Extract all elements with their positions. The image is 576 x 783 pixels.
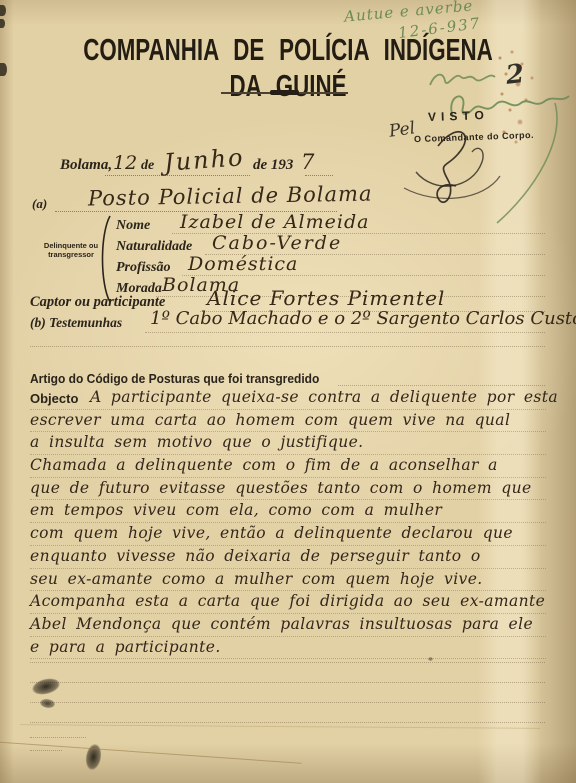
paper-crease [20,724,540,729]
ruled-line [30,346,545,347]
ruled-line [30,722,545,723]
line-a-value: Posto Policial de Bolama [88,182,373,211]
offence-heading-dotted-line [338,385,545,386]
ruled-line [30,662,545,663]
ruled-line-stub [30,737,86,738]
ink-speck [428,657,433,661]
dateline-dotted-line [105,175,250,176]
field-label-nome: Nome [116,218,150,234]
edge-artifact [0,5,6,16]
dateline-month: Junho [163,143,245,177]
paper-crease [0,741,302,764]
field-value-naturalidade: Cabo-Verde [212,232,342,254]
dateline-printed-year: de 193 [253,157,293,174]
ruled-line [30,702,545,703]
statement-line: em tempos viveu com ela, como com a mulh… [30,500,546,523]
statement-line: a insulta sem motivo que o justifique. [30,432,546,455]
offender-side-label-line2: transgressor [40,251,102,260]
offence-heading: Artigo do Código de Posturas que foi tra… [30,372,319,386]
edge-artifact [0,63,7,76]
ink-blot [39,698,55,709]
ink-blot [31,676,62,697]
ruled-line-stub [30,750,62,751]
witnesses-value: 1º Cabo Machado e o 2º Sargento Carlos C… [150,308,576,329]
witnesses-label: (b) Testemunhas [30,315,122,331]
field-label-naturalidade: Naturalidade [116,239,192,255]
offender-side-label: Delinquente ou transgressor [40,242,102,259]
statement-line: seu ex-amante como a mulher com quem hoj… [30,569,546,592]
field-value-nome: Izabel de Almeida [180,211,369,233]
statement-line: que de futuro evitasse questões tanto co… [30,478,546,501]
line-a-label: (a) [32,196,47,212]
handwritten-statement: A participante queixa-se contra a deliqu… [30,387,546,659]
brace [98,214,112,304]
ruled-line [30,682,545,683]
statement-line: Abel Mendonça que contém palavras insult… [30,614,546,637]
statement-line: e para a participante. [30,637,546,660]
dateline-year-digit: 7 [301,150,314,174]
statement-line: escrever uma carta ao homem com quem viv… [30,410,546,433]
dateline-place: Bolama, [60,157,112,174]
black-signature [398,118,518,228]
statement-line: enquanto vivesse não deixaria de persegu… [30,546,546,569]
captor-label: Captor ou participante [30,294,165,311]
dateline-de: de [141,158,154,174]
captor-value: Alice Fortes Pimentel [207,286,445,310]
edge-artifact [0,19,5,28]
statement-line: Chamada a delinquente com o fim de a aco… [30,455,546,478]
witnesses-dotted-line [145,332,545,333]
title-rule-center [270,90,299,95]
scanned-document: Autue e averbe 12-6-937 COMPANHIA DE POL… [0,0,576,783]
statement-line: com quem hoje vive, então a delinquente … [30,523,546,546]
field-value-profissao: Doméstica [188,253,298,275]
dateline-dotted-line [305,175,333,176]
dateline-day: 12 [113,152,137,174]
statement-line: Acompanha esta a carta que foi dirigida … [30,591,546,614]
statement-line: A participante queixa-se contra a deliqu… [30,387,546,410]
